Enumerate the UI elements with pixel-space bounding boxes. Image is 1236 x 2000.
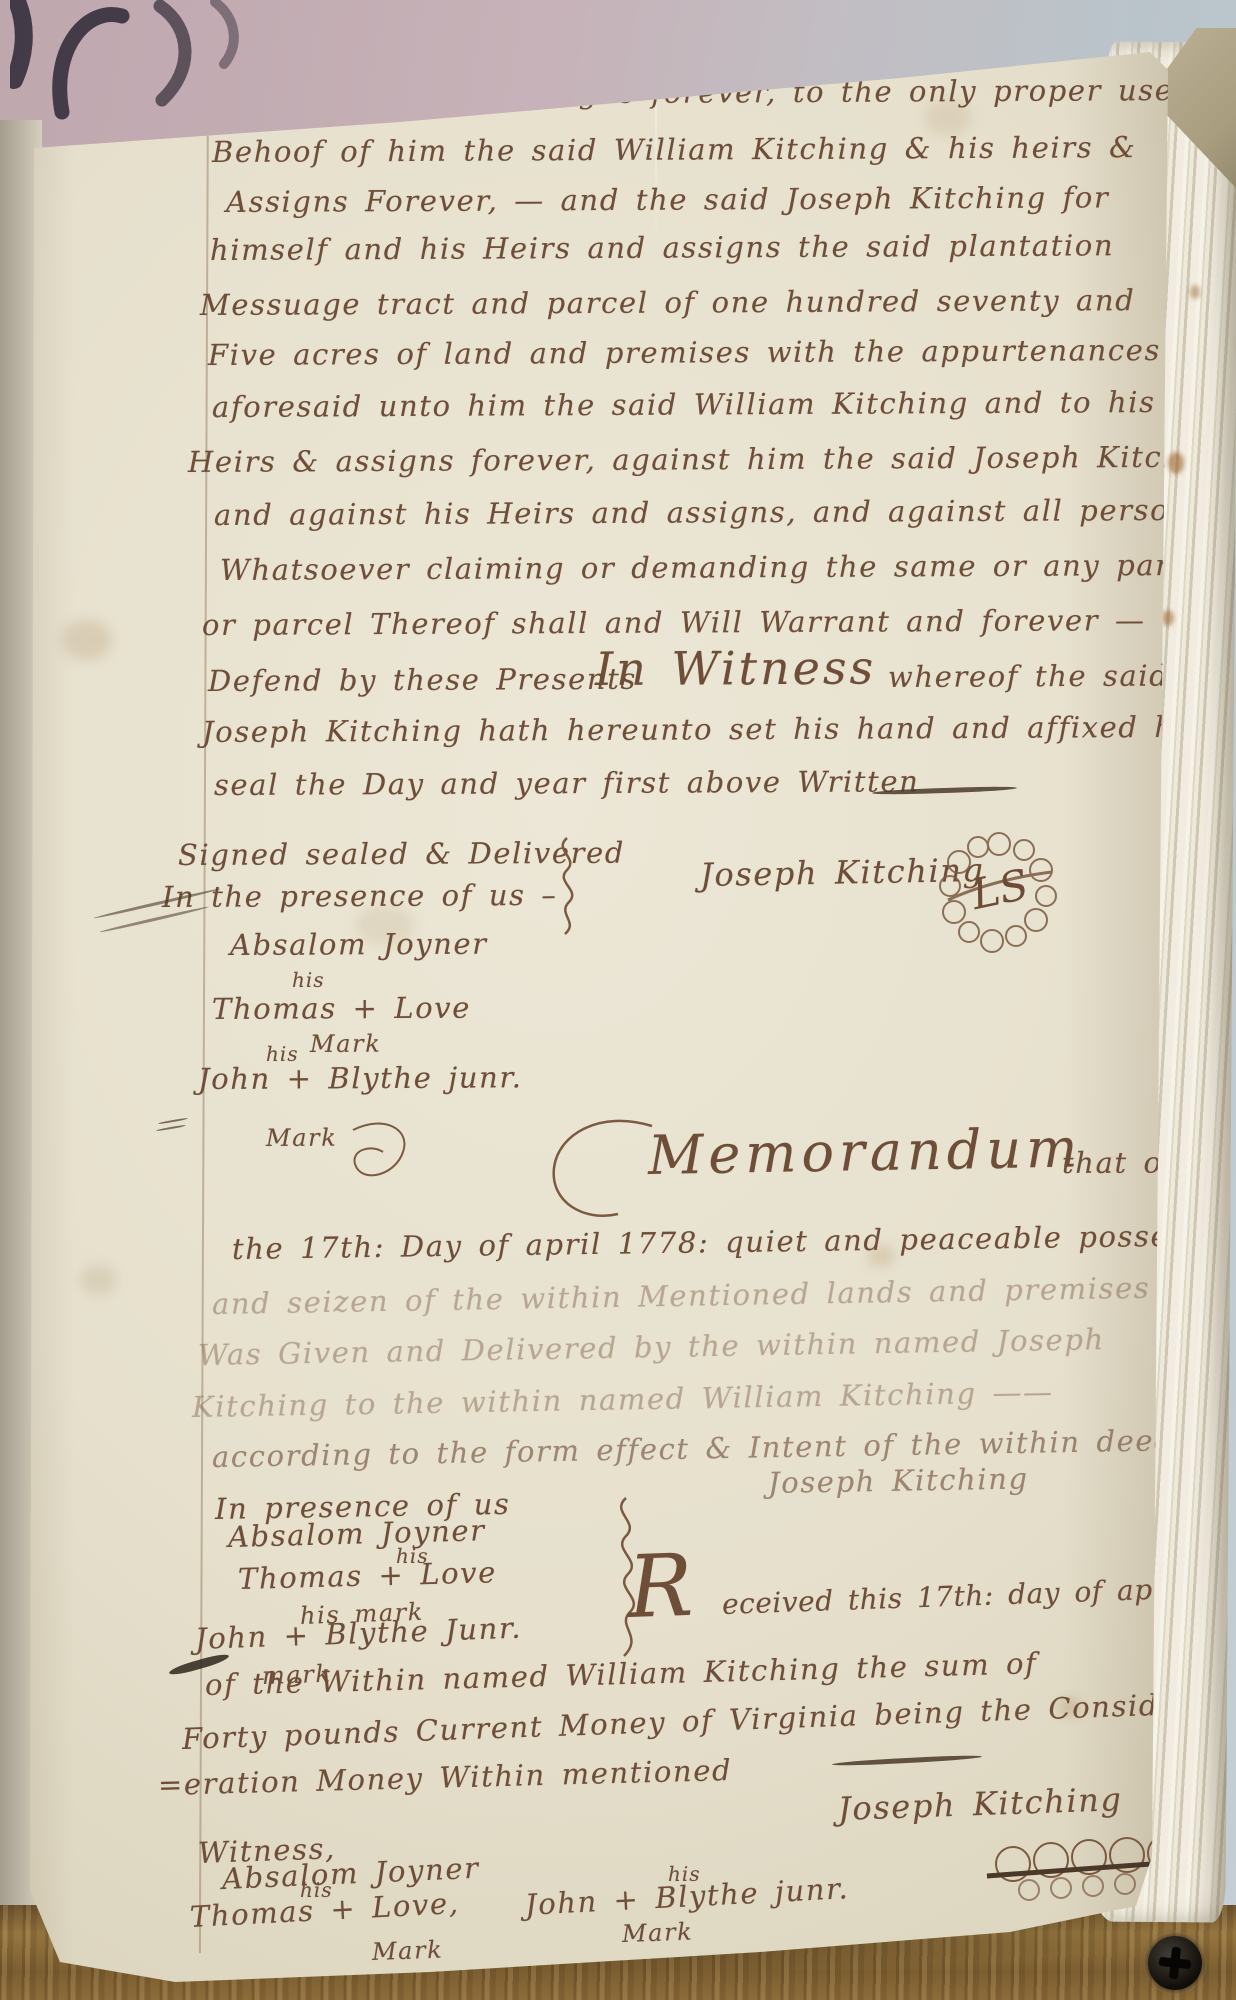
deed-line-8: Heirs & assigns forever, against him the… xyxy=(188,440,1234,479)
witness-1: Absalom Joyner xyxy=(230,927,488,962)
receipt-witness-2-mark: Mark xyxy=(372,1936,444,1966)
deed-line-13: Joseph Kitching hath hereunto set his ha… xyxy=(202,710,1202,749)
foxing-spot xyxy=(1168,452,1184,474)
memorandum-signature: Joseph Kitching xyxy=(768,1461,1029,1500)
witness-2: Thomas + Love xyxy=(212,991,471,1026)
deed-line-12a: Defend by these Presents xyxy=(208,662,637,698)
witness-2-mark: Mark xyxy=(310,1030,381,1058)
attestation-brace xyxy=(545,836,590,936)
receipt-witness-3: John + Blythe junr. xyxy=(524,1871,850,1922)
memorandum-line-3: and seizen of the within Mentioned lands… xyxy=(212,1271,1151,1321)
deed-line-12c: whereof the said xyxy=(888,659,1170,694)
memorandum-flourish xyxy=(540,1116,660,1228)
deed-line-6: Five acres of land and premises with the… xyxy=(208,333,1161,372)
deed-line-10: Whatsoever claiming or demanding the sam… xyxy=(220,548,1184,587)
pen-tick xyxy=(158,1117,188,1124)
memorandum-line-4: Was Given and Delivered by the within na… xyxy=(198,1322,1105,1372)
receipt-signature: Joseph Kitching xyxy=(837,1780,1123,1828)
memo-witness-3: John + Blythe Junr. xyxy=(194,1611,522,1656)
foxing-spot xyxy=(1162,610,1174,626)
deed-line-3: Assigns Forever, — and the said Joseph K… xyxy=(226,180,1110,219)
witness-2-his: his xyxy=(292,968,325,992)
deed-line-5: Messuage tract and parcel of one hundred… xyxy=(200,283,1136,322)
background-writing-flourish xyxy=(10,0,290,120)
paper-stain xyxy=(62,620,112,660)
deed-line-4: himself and his Heirs and assigns the sa… xyxy=(210,228,1114,267)
mark-flourish xyxy=(345,1112,415,1190)
manuscript-page: 140 to his Heirs and assigns forever, to… xyxy=(0,0,1236,2000)
memo-witness-1: Absalom Joyner xyxy=(228,1513,487,1554)
table-screw xyxy=(1148,1936,1202,1990)
receipt-witness-3-mark: Mark xyxy=(622,1918,694,1948)
memorandum-line-2: the 17th: Day of april 1778: quiet and p… xyxy=(232,1218,1236,1266)
deed-line-12b-in-witness: In Witness xyxy=(595,641,876,696)
memorandum-heading: Memorandum xyxy=(647,1116,1082,1187)
deed-line-7: aforesaid unto him the said William Kitc… xyxy=(212,385,1156,424)
receipt-line-4: =eration Money Within mentioned xyxy=(158,1753,733,1802)
witness-3-mark: Mark xyxy=(266,1124,337,1152)
pen-underline xyxy=(99,905,209,933)
attestation-line-2: In the presence of us – xyxy=(162,878,558,914)
memorandum-line-5: Kitching to the within named William Kit… xyxy=(192,1375,1054,1424)
deed-line-2: Behoof of him the said William Kitching … xyxy=(212,130,1137,169)
foxing-spot xyxy=(1190,285,1200,299)
memorandum-line-6: according to the form effect & Intent of… xyxy=(212,1422,1221,1474)
deed-line-1: to his Heirs and assigns forever, to the… xyxy=(225,73,1236,112)
deed-line-9: and against his Heirs and assigns, and a… xyxy=(214,493,1206,532)
photograph-of-deed-book: 140 to his Heirs and assigns forever, to… xyxy=(0,0,1236,2000)
witness-3: John + Blythe junr. xyxy=(198,1060,523,1096)
seal-ls-label: LS xyxy=(966,859,1033,919)
deed-line-11: or parcel Thereof shall and Will Warrant… xyxy=(202,603,1146,642)
receipt-initial: R xyxy=(626,1536,696,1638)
deed-line-14: seal the Day and year first above Writte… xyxy=(214,764,920,802)
memo-witness-2: Thomas + Love xyxy=(238,1555,498,1596)
pen-flourish-dash xyxy=(832,1754,982,1767)
pen-tick xyxy=(156,1124,186,1131)
paper-stain xyxy=(80,1265,116,1295)
seal-ls: LS xyxy=(938,828,1060,956)
